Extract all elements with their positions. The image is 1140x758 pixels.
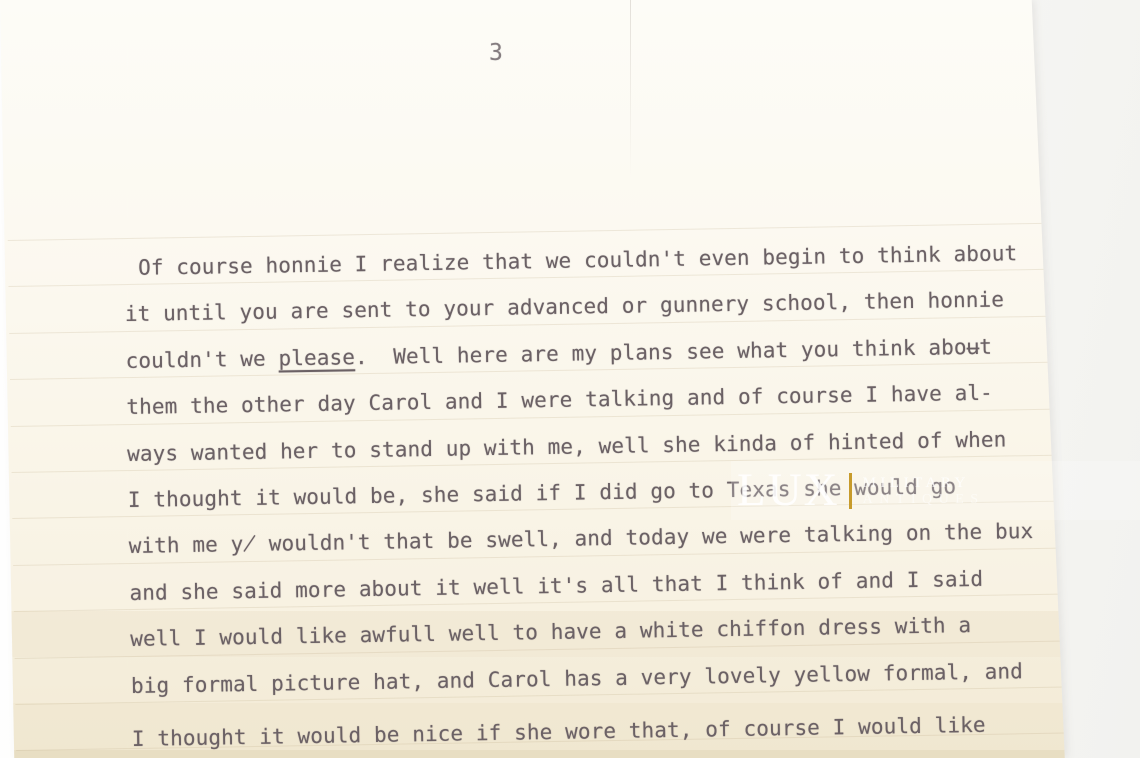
letter-text-segment: couldn't we: [125, 346, 278, 373]
page-number: 3: [489, 40, 503, 66]
letter-text-segment: with me y̸ wouldn't that be swell, and t…: [129, 519, 1034, 558]
letter-photo: { "page": { "number": "3" }, "letter": {…: [0, 0, 1140, 758]
letter-paper: 3 Of course honnie I realize that we cou…: [0, 0, 1140, 758]
letter-body: Of course honnie I realize that we could…: [124, 229, 1092, 758]
letter-text-segment: I thought it would be, she said if I did…: [128, 474, 957, 512]
letter-text-segment: Of course honnie I realize that we could…: [138, 241, 1018, 280]
letter-text-segment: . Well here are my plans see what you th…: [355, 334, 992, 369]
paper-shadow-wrap: 3 Of course honnie I realize that we cou…: [0, 0, 1140, 758]
letter-text-segment: and she said more about it well it's all…: [129, 567, 983, 605]
letter-text-segment: I thought it would be nice if she wore t…: [132, 713, 986, 751]
letter-text-segment: well I would like awfull well to have a …: [130, 613, 971, 651]
letter-text-segment: it until you are sent to your advanced o…: [125, 288, 1005, 327]
letter-text-segment: big formal picture hat, and Carol has a …: [131, 659, 1023, 698]
letter-line: I thought it would be nice if she wore t…: [132, 700, 1093, 758]
underlined-word: please: [278, 345, 355, 370]
vertical-fold-crease: [630, 0, 631, 178]
letter-text-segment: ways wanted her to stand up with me, wel…: [127, 427, 1007, 466]
letter-text-segment: them the other day Carol and I were talk…: [126, 381, 993, 419]
